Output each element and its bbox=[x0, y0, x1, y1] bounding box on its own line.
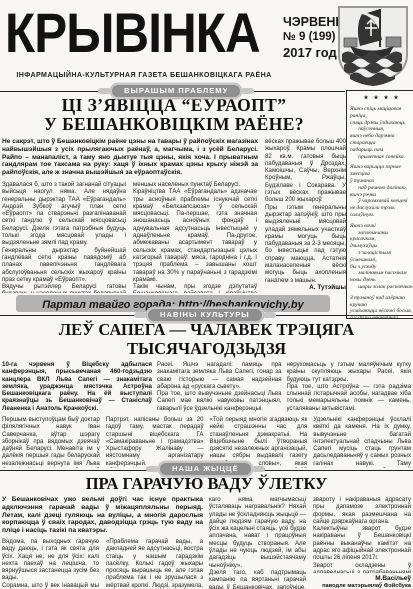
article-signature: А. Тутэйшы bbox=[265, 284, 346, 291]
article-lead: Не сакрэт, што ў Бешанковіцкім раёне цэн… bbox=[2, 138, 258, 177]
article-column: Здавалася б, што з такой загнанай сітуац… bbox=[2, 181, 126, 293]
article-hot-water: ПРА ГАРАЧУЮ ВАДУ ЎЛЕТКУ У Бешанковічах у… bbox=[2, 474, 411, 589]
article-signature: М.Васільеў bbox=[313, 575, 411, 582]
article-column: «Той перыяд многія згадваюць як нейкі ст… bbox=[210, 416, 308, 468]
article-column: Удзельнікі канферэнцыі ўсклалі кветкі да… bbox=[313, 416, 411, 468]
article-headline: ЛЕЎ САПЕГА — ЧАЛАВЕК ТРЭЦЯГА ТЫСЯЧАГОДЗЬ… bbox=[2, 320, 411, 358]
masthead-subtitle: ІНФАРМАЦЫЙНА-КУЛЬТУРНАЯ ГАЗЕТА БЕШАНКОВІ… bbox=[6, 71, 282, 79]
article-euroopt: ЦІ З’ЯВІЦЦА “ЕЎРАОПТ” У БЕШАНКОВІЦКІМ РА… bbox=[2, 96, 346, 296]
article-lead: 10-га чэрвеня ў Віцебску адбылася канфер… bbox=[2, 361, 152, 413]
article-column: вёсках пражывае больш 400 жыхароў. Крамы… bbox=[265, 138, 346, 282]
article-column: «Праблема гарачай вады, а дакладней яе а… bbox=[106, 538, 203, 589]
poem-box: * * * * Яшчэ спіць маціцовая раніца, спя… bbox=[346, 90, 413, 319]
newspaper-title: КРЫВІНКА bbox=[5, 4, 260, 62]
article-lead: У Бешанковічах ужо вельмі доўгі час існу… bbox=[2, 496, 203, 535]
poem-stanza: Яшчэ варыцца зорнае змесціва ў туманах н… bbox=[350, 164, 413, 218]
poem-title: * * * * bbox=[350, 94, 413, 104]
section-badge-culture: НАВІНЫ КУЛЬТУРЫ bbox=[148, 309, 262, 321]
article-sapieha: ЛЕЎ САПЕГА — ЧАЛАВЕК ТРЭЦЯГА ТЫСЯЧАГОДЗЬ… bbox=[2, 320, 411, 468]
article-column: звароту і накіраваныя адрасату пры дапам… bbox=[313, 496, 411, 573]
coat-of-arms-icon bbox=[334, 4, 412, 88]
article-column: Першым выступоўцам быў доктар філялягічн… bbox=[2, 416, 100, 468]
article-column: Партрэт, напісаны больш за 20 гадоў таму… bbox=[106, 416, 204, 468]
article-column: Расеі. Яшчэ нагадалі: памяць пра знакамі… bbox=[157, 361, 282, 413]
poem-stanza: Яшчэ спіць маціцовая раніца, спяць дрэвы… bbox=[350, 106, 413, 160]
poem-stanza: Яшчэ вочкі заплюшчаны красачкам, дзьмуха… bbox=[350, 223, 413, 291]
article-column: каго няма магчымасьці ўсталяваць награва… bbox=[209, 496, 306, 589]
article-headline: ЦІ З’ЯВІЦЦА “ЕЎРАОПТ” У БЕШАНКОВІЦКІМ РА… bbox=[2, 96, 346, 134]
article-headline: ПРА ГАРАЧУЮ ВАДУ ЎЛЕТКУ bbox=[2, 474, 411, 493]
section-badge-life: НАША ЖЫЦЦЁ bbox=[160, 463, 251, 475]
article-signature-note: паводле матэрыялаў Фэйсбука bbox=[313, 583, 411, 589]
article-column: Вядома, па выходных гарачую ваду даюць, … bbox=[2, 538, 99, 589]
article-column: нерухомасьць у гэтым маляўнічым кутку кр… bbox=[287, 361, 412, 413]
newspaper-front-page: КРЫВІНКА ЧЭРВЕНЬ № 9 (199) 2017 год ІНФА… bbox=[0, 0, 413, 589]
section-badge-problem: ВЫРАШЫМ ПРАБЛЕМУ bbox=[112, 85, 240, 97]
article-column: меншых населеных пунктаў Беларусі. Кіраў… bbox=[133, 181, 257, 293]
